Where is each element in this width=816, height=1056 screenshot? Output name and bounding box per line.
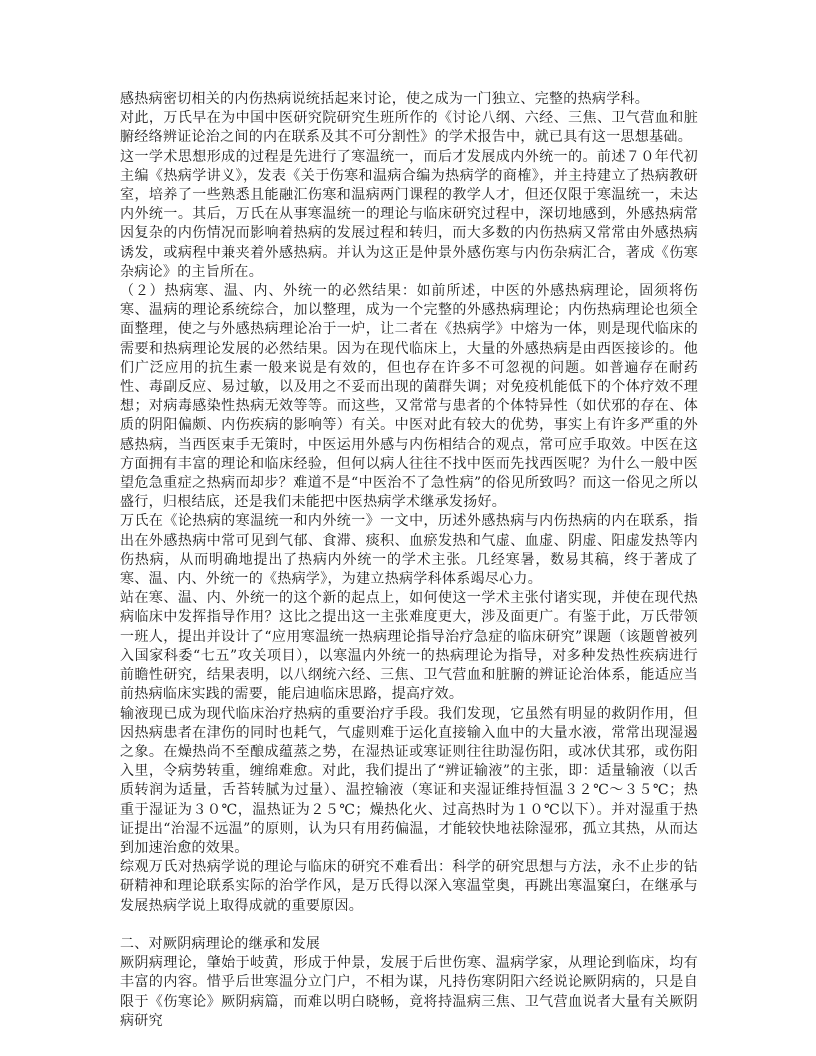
paragraph: 万氏在《论热病的寒温统一和内外统一》一文中，历述外感热病与内伤热病的内在联系，指… bbox=[120, 512, 698, 589]
paragraph: 对此，万氏早在为中国中医研究院研究生班所作的《讨论八纲、六经、三焦、卫气营血和脏… bbox=[120, 109, 698, 147]
paragraph: 这一学术思想形成的过程是先进行了寒温统一，而后才发展成内外统一的。前述７０年代初… bbox=[120, 148, 698, 282]
paragraph: 输液现已成为现代临床治疗热病的重要治疗手段。我们发现，它虽然有明显的救阴作用，但… bbox=[120, 705, 698, 859]
paragraph: （２）热病寒、温、内、外统一的必然结果：如前所述，中医的外感热病理论，固须将伤寒… bbox=[120, 282, 698, 512]
section-heading: 二、对厥阴病理论的继承和发展 bbox=[120, 935, 698, 954]
document-page: 感热病密切相关的内伤热病说统括起来讨论，使之成为一门独立、完整的热病学科。 对此… bbox=[0, 0, 816, 1056]
text-column: 感热病密切相关的内伤热病说统括起来讨论，使之成为一门独立、完整的热病学科。 对此… bbox=[120, 90, 698, 1031]
paragraph: 厥阴病理论，肇始于岐黄，形成于仲景，发展于后世伤寒、温病学家，从理论到临床，均有… bbox=[120, 954, 698, 1031]
paragraph: 站在寒、温、内、外统一的这个新的起点上，如何使这一学术主张付诸实现，并使在现代热… bbox=[120, 589, 698, 704]
paragraph: 感热病密切相关的内伤热病说统括起来讨论，使之成为一门独立、完整的热病学科。 bbox=[120, 90, 698, 109]
paragraph: 综观万氏对热病学说的理论与临床的研究不难看出：科学的研究思想与方法，永不止步的钻… bbox=[120, 858, 698, 916]
